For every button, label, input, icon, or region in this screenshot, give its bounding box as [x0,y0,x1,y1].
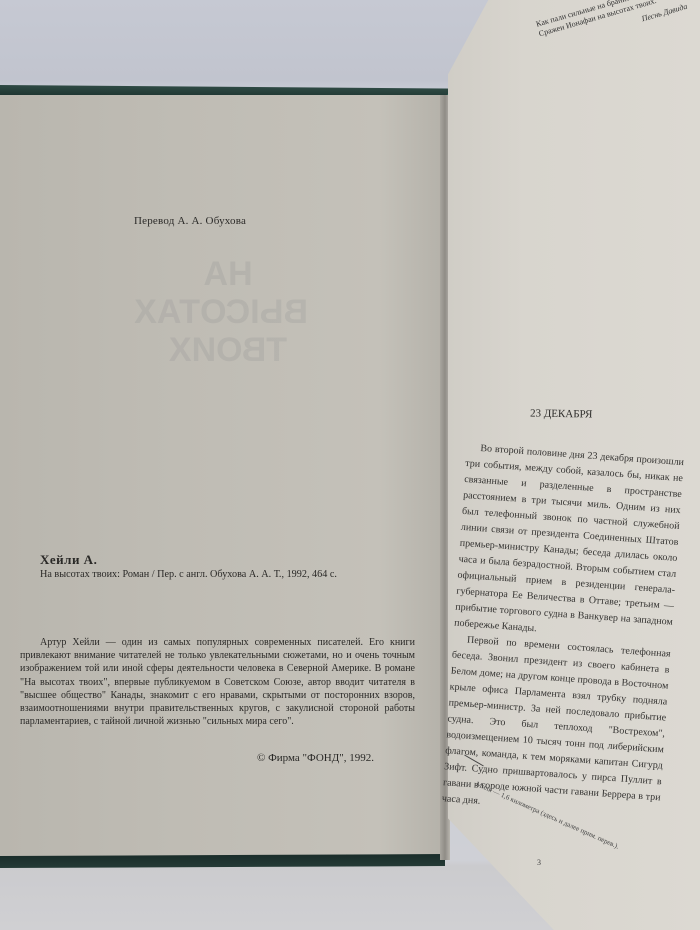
paragraph: Первой по времени состоялась телефонная … [441,632,671,823]
catalog-entry: Хейли А. На высотах твоих: Роман / Пер. … [20,553,415,581]
catalog-description: На высотах твоих: Роман / Пер. с англ. О… [20,568,415,581]
show-through-line: ВЫСОТАХ [148,293,308,331]
paragraph: Во второй половине дня 23 декабря произо… [454,440,685,647]
show-through-title: НА ВЫСОТАХ ТВОИХ [148,255,308,369]
left-page [0,95,446,857]
chapter-text: Во второй половине дня 23 декабря произо… [441,440,684,822]
catalog-author: Хейли А. [40,553,415,566]
book-annotation: Артур Хейли — один из самых популярных с… [20,636,415,728]
show-through-line: НА [148,255,308,293]
book-cover-bottom-edge [0,854,445,868]
show-through-line: ТВОИХ [148,331,308,369]
translator-credit: Перевод А. А. Обухова [134,215,246,227]
copyright-notice: © Фирма "ФОНД", 1992. [257,752,374,764]
chapter-title: 23 ДЕКАБРЯ [530,407,593,420]
page-number: 3 [537,858,541,867]
